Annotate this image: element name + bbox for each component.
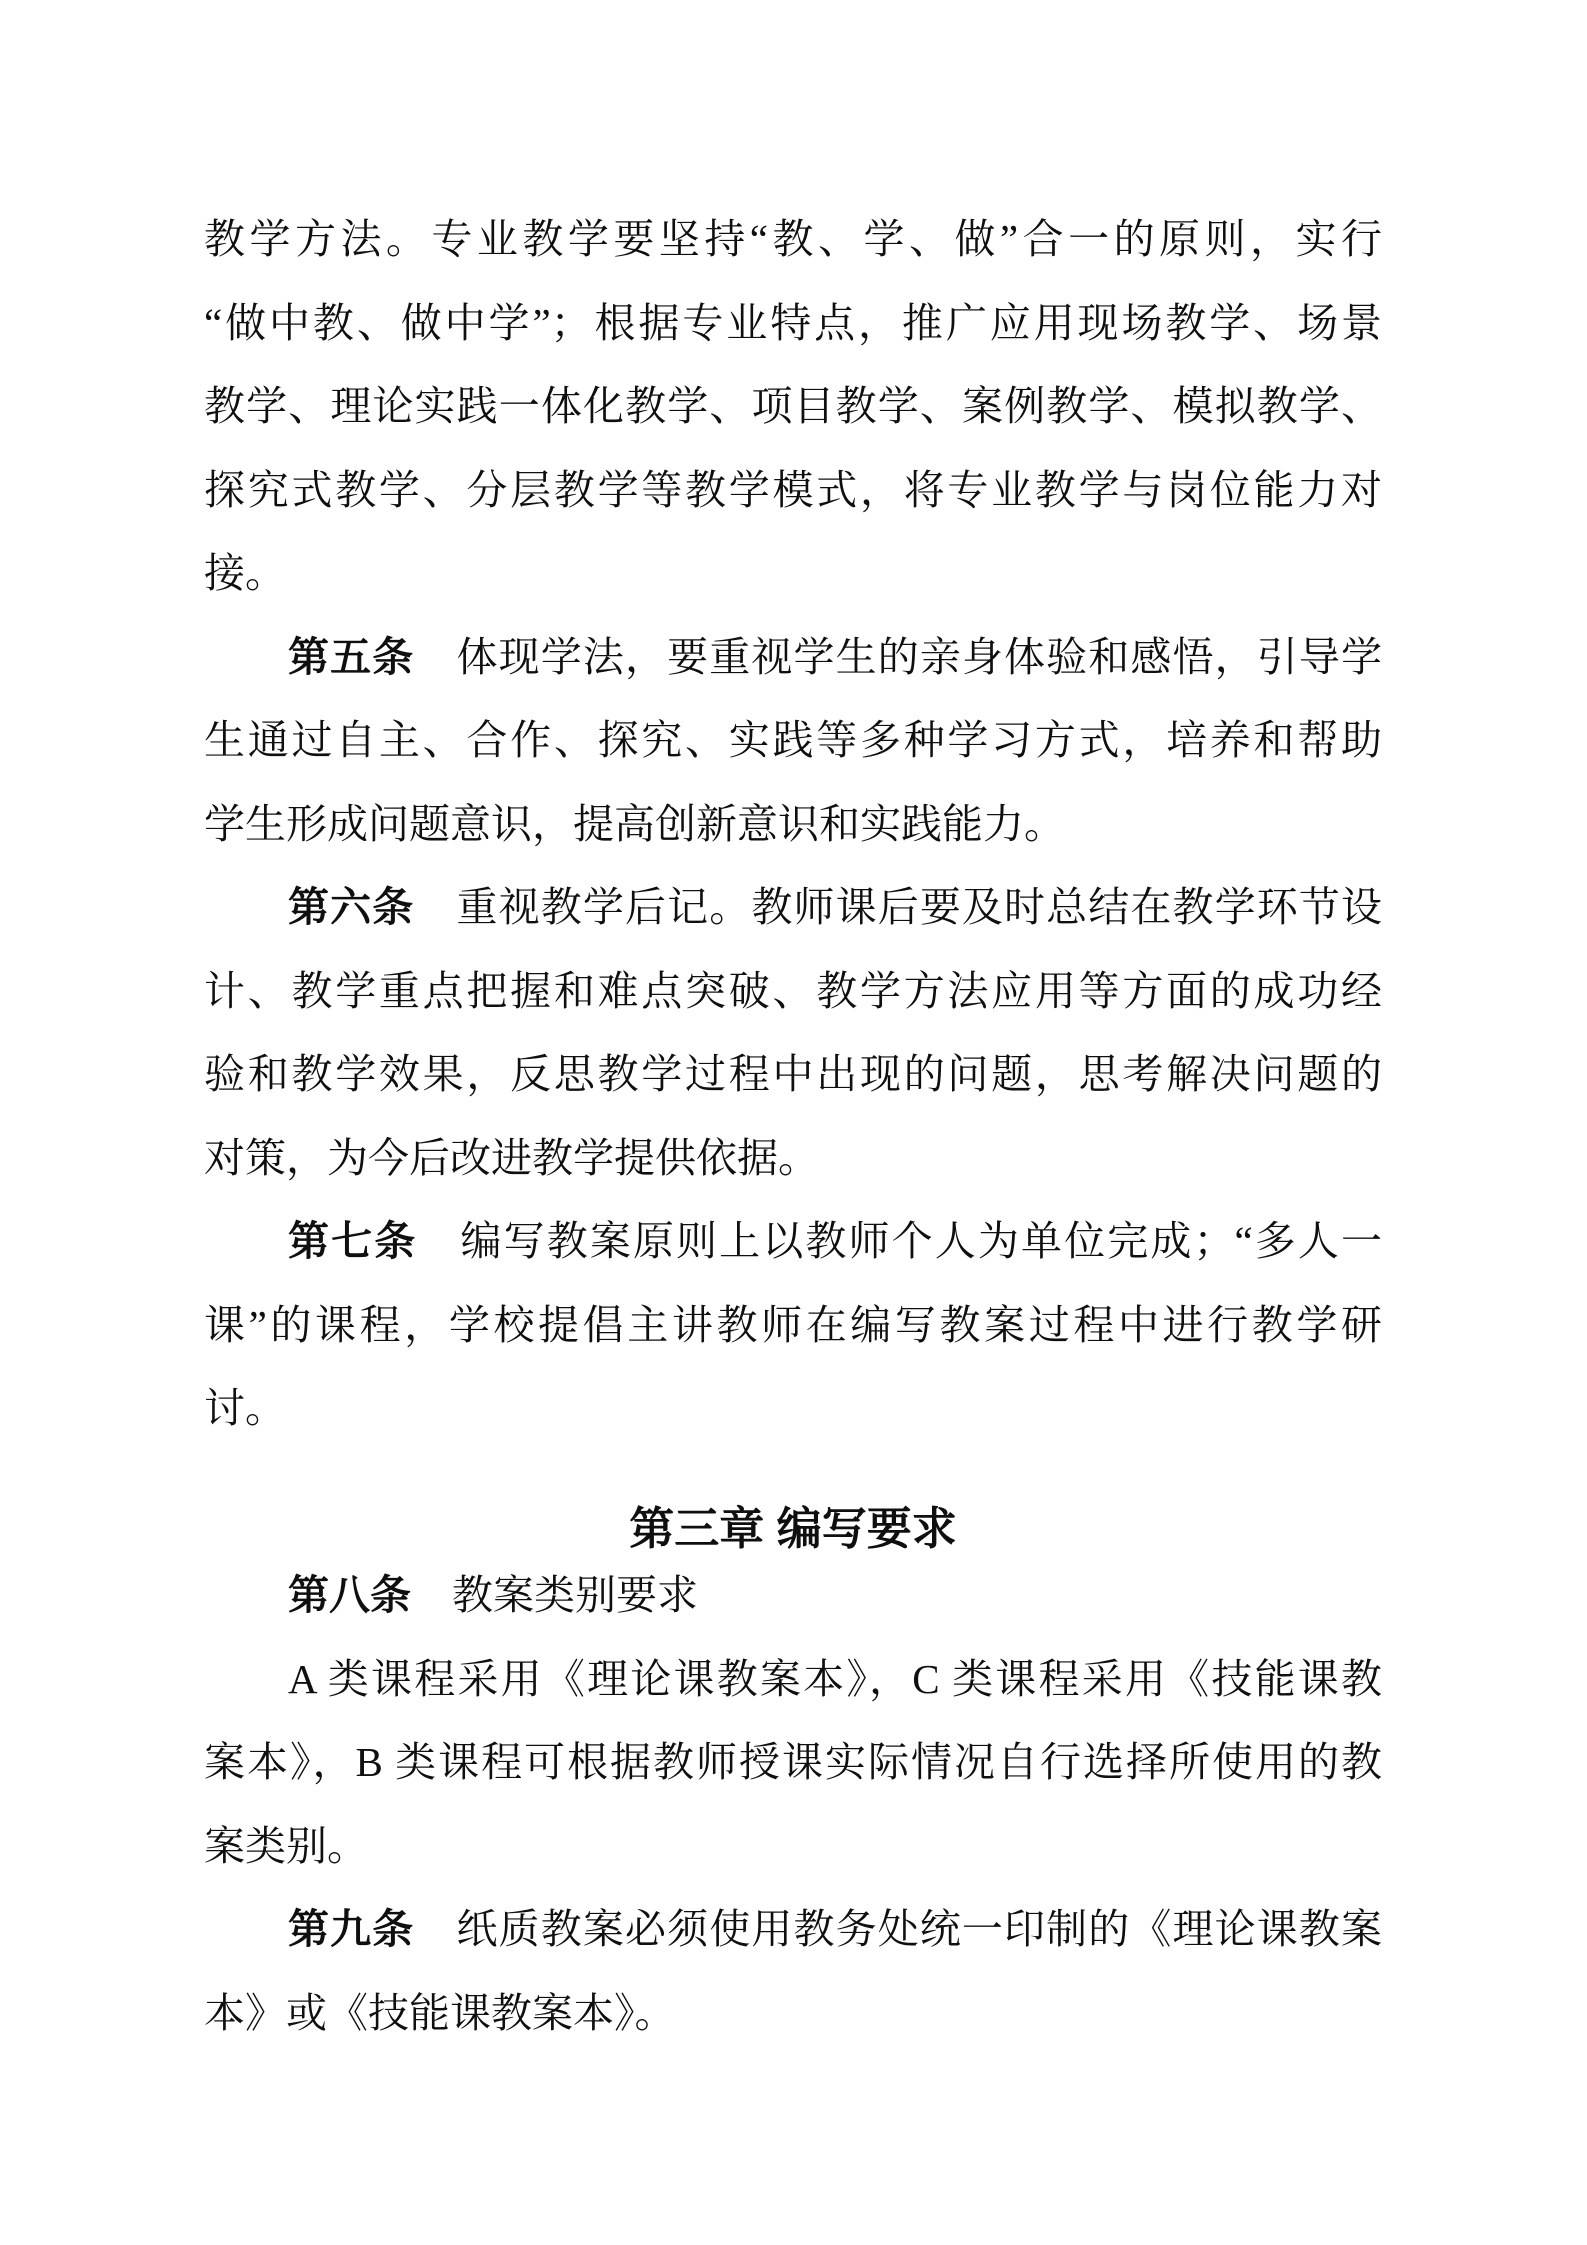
text-line: 讨。 [204,1367,1382,1451]
text-line: 课”的课程，学校提倡主讲教师在编写教案过程中进行教学研 [204,1284,1382,1368]
text-line: A 类课程采用《理论课教案本》，C 类课程采用《技能课教 [204,1638,1382,1722]
document-page: 教学方法。专业教学要坚持“教、学、做”合一的原则，实行“做中教、做中学”；根据专… [0,0,1587,2245]
text-run: 生通过自主、合作、探究、实践等多种学习方式，培养和帮助 [204,717,1382,763]
text-line: 探究式教学、分层教学等教学模式，将专业教学与岗位能力对 [204,449,1382,533]
article-number: 第九条 [288,1906,414,1952]
text-line: 验和教学效果，反思教学过程中出现的问题，思考解决问题的 [204,1033,1382,1117]
text-line: 第七条 编写教案原则上以教师个人为单位完成；“多人一 [204,1200,1382,1284]
chapter-heading-text: 第三章 编写要求 [629,1503,957,1554]
text-run: 教学方法。专业教学要坚持“教、学、做”合一的原则，实行 [204,216,1382,262]
article-number: 第七条 [288,1218,417,1264]
text-line: 教学、理论实践一体化教学、项目教学、案例教学、模拟教学、 [204,365,1382,449]
text-line: 学生形成问题意识，提高创新意识和实践能力。 [204,783,1382,867]
text-run: 讨。 [204,1385,286,1431]
text-line: 本》或《技能课教案本》。 [204,1972,1382,2056]
paragraph: 第九条 纸质教案必须使用教务处统一印制的《理论课教案本》或《技能课教案本》。 [204,1888,1382,2055]
text-line: 计、教学重点把握和难点突破、教学方法应用等方面的成功经 [204,950,1382,1034]
text-run: 编写教案原则上以教师个人为单位完成；“多人一 [417,1218,1382,1264]
text-run: 计、教学重点把握和难点突破、教学方法应用等方面的成功经 [204,968,1382,1014]
text-run: 纸质教案必须使用教务处统一印制的《理论课教案 [414,1906,1382,1952]
article-number: 第五条 [288,634,414,680]
text-run: 课”的课程，学校提倡主讲教师在编写教案过程中进行教学研 [204,1302,1382,1348]
paragraph: 第五条 体现学法，要重视学生的亲身体验和感悟，引导学生通过自主、合作、探究、实践… [204,616,1382,867]
text-run: 本》或《技能课教案本》。 [204,1990,676,2036]
text-run: 接。 [204,550,286,596]
text-run: 案类别。 [204,1823,368,1869]
paragraph: 教学方法。专业教学要坚持“教、学、做”合一的原则，实行“做中教、做中学”；根据专… [204,198,1382,616]
text-run: 案本》，B 类课程可根据教师授课实际情况自行选择所使用的教 [204,1739,1382,1785]
text-run: 学生形成问题意识，提高创新意识和实践能力。 [204,801,1065,847]
text-line: 接。 [204,532,1382,616]
text-line: 第九条 纸质教案必须使用教务处统一印制的《理论课教案 [204,1888,1382,1972]
article-number: 第八条 [288,1572,411,1618]
text-line: “做中教、做中学”；根据专业特点，推广应用现场教学、场景 [204,282,1382,366]
text-run: “做中教、做中学”；根据专业特点，推广应用现场教学、场景 [204,300,1382,346]
text-run: 对策，为今后改进教学提供依据。 [204,1135,819,1181]
text-line: 教学方法。专业教学要坚持“教、学、做”合一的原则，实行 [204,198,1382,282]
text-block: 教学方法。专业教学要坚持“教、学、做”合一的原则，实行“做中教、做中学”；根据专… [204,198,1382,2055]
text-run: 验和教学效果，反思教学过程中出现的问题，思考解决问题的 [204,1051,1382,1097]
text-run: 教学、理论实践一体化教学、项目教学、案例教学、模拟教学、 [204,383,1382,429]
text-run: 重视教学后记。教师课后要及时总结在教学环节设 [414,884,1382,930]
paragraph: 第七条 编写教案原则上以教师个人为单位完成；“多人一课”的课程，学校提倡主讲教师… [204,1200,1382,1451]
paragraph: A 类课程采用《理论课教案本》，C 类课程采用《技能课教案本》，B 类课程可根据… [204,1638,1382,1889]
text-line: 第六条 重视教学后记。教师课后要及时总结在教学环节设 [204,866,1382,950]
text-line: 案本》，B 类课程可根据教师授课实际情况自行选择所使用的教 [204,1721,1382,1805]
text-run: A 类课程采用《理论课教案本》，C 类课程采用《技能课教 [288,1656,1382,1702]
text-run: 教案类别要求 [411,1572,698,1618]
text-line: 对策，为今后改进教学提供依据。 [204,1117,1382,1201]
text-line: 案类别。 [204,1805,1382,1889]
text-run: 体现学法，要重视学生的亲身体验和感悟，引导学 [414,634,1382,680]
text-line: 生通过自主、合作、探究、实践等多种学习方式，培养和帮助 [204,699,1382,783]
paragraph: 第六条 重视教学后记。教师课后要及时总结在教学环节设计、教学重点把握和难点突破、… [204,866,1382,1200]
article-number: 第六条 [288,884,414,930]
text-line: 第五条 体现学法，要重视学生的亲身体验和感悟，引导学 [204,616,1382,700]
text-run: 探究式教学、分层教学等教学模式，将专业教学与岗位能力对 [204,467,1382,513]
